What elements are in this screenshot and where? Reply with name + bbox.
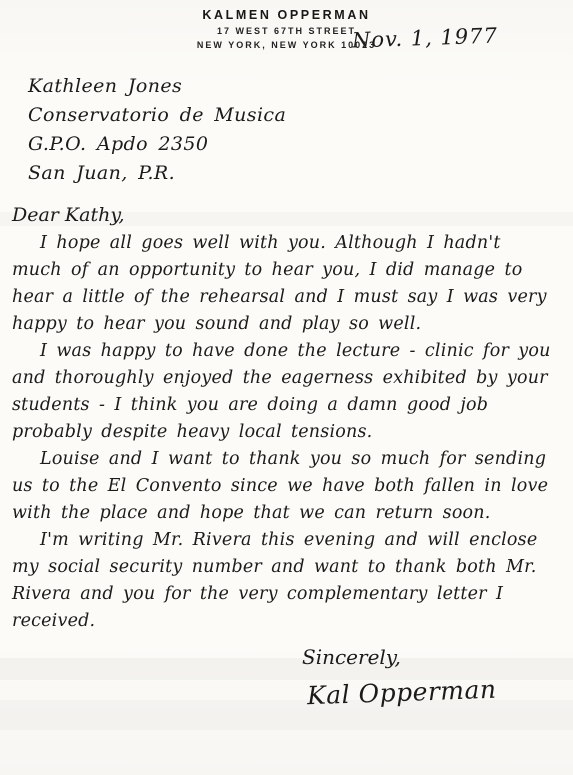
body-paragraph-3: Louise and I want to thank you so much f… — [12, 446, 553, 527]
letterhead-name: KALMEN OPPERMAN — [0, 8, 573, 22]
recipient-organization: Conservatorio de Musica — [28, 101, 286, 130]
letter-page: KALMEN OPPERMAN 17 WEST 67TH STREET NEW … — [0, 0, 573, 775]
recipient-po-box: G.P.O. Apdo 2350 — [28, 130, 286, 159]
body-paragraph-4: I'm writing Mr. Rivera this evening and … — [12, 527, 553, 635]
body-paragraph-1: I hope all goes well with you. Although … — [12, 230, 553, 338]
signature: Kal Opperman — [307, 673, 554, 711]
body-paragraph-2: I was happy to have done the lecture - c… — [12, 338, 553, 446]
closing: Sincerely, — [302, 645, 553, 669]
salutation: Dear Kathy, — [12, 200, 553, 230]
letter-body: Dear Kathy, I hope all goes well with yo… — [12, 200, 553, 706]
recipient-address: Kathleen Jones Conservatorio de Musica G… — [28, 72, 286, 188]
handwritten-date: Nov. 1, 1977 — [352, 23, 499, 52]
recipient-name: Kathleen Jones — [28, 72, 286, 101]
recipient-city: San Juan, P.R. — [28, 159, 286, 188]
